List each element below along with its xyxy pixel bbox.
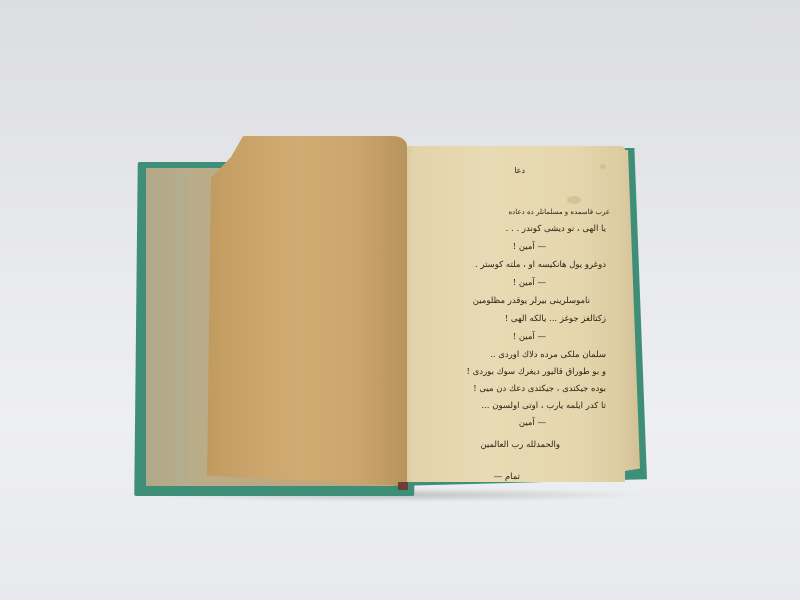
text-line-end: تمام — [494,472,520,482]
text-line: — آمين ! [513,278,546,288]
text-line: زكتالغز جوغز ... يالكه الهى ! [505,314,606,324]
flyleaf-page[interactable] [207,136,407,486]
text-line: يا الهى ، نو ديشى كوندر . . . [506,224,606,234]
page-subheading: عرب قاسمده و مسلمانلر ده دعاده [509,208,610,216]
page-heading: دعا [514,166,525,175]
text-line: و بو طوراق قاليور ديغرك سوك بوردى ! [467,367,606,377]
text-line: سلمان ملكى مرده دلاك اوردى .. [490,350,606,360]
endpaper-band [175,172,187,484]
text-line: — آمين [519,418,546,428]
text-line: بوده جيكتدى ، جيكتدى دعك دن ميى ! [473,384,606,394]
text-line: والحمدلله رب العالمين [480,440,560,450]
book-gutter [398,482,408,490]
page-stain [600,164,606,169]
text-line: — آمين ! [513,242,546,252]
text-line: تا كدر ايلمه يارب ، اوتى اولسون ... [481,401,606,411]
page-stain [567,196,581,204]
text-line: دوغرو يول هانكيسه او ، ملته كوستر . [475,260,606,270]
text-line: ناموسلرينى بيرلر يوقدر مظلومين [473,296,590,306]
text-line: — آمين ! [513,332,546,342]
